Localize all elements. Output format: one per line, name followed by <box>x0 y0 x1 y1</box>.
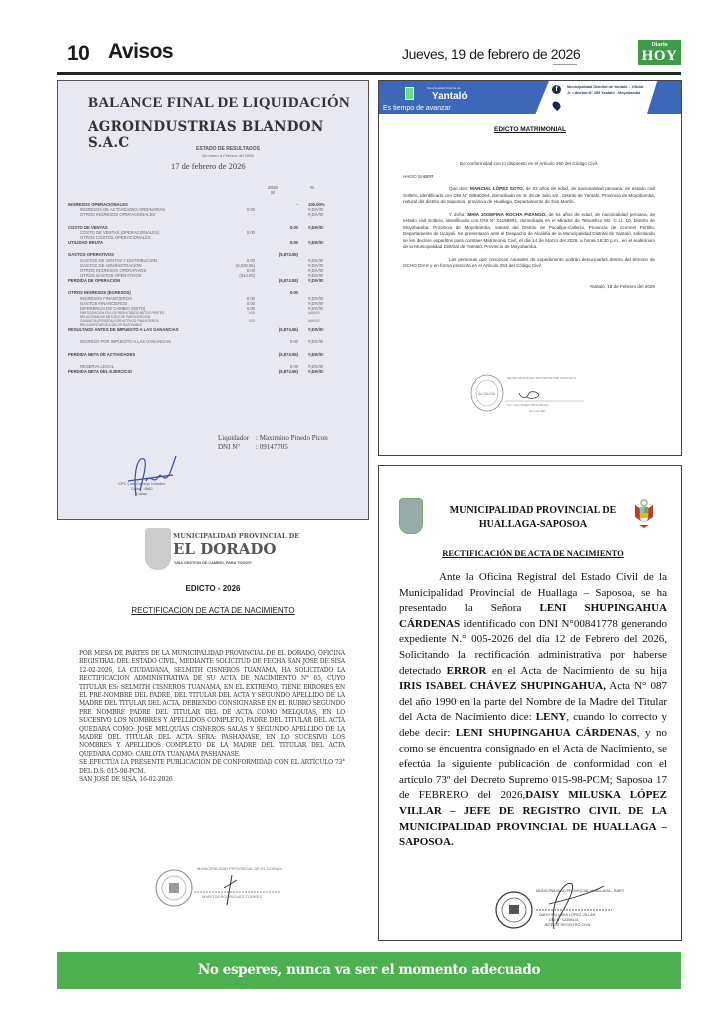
huallaga-mun-name: MUNICIPALIDAD PROVINCIAL DE HUALLAGA-SAP… <box>379 504 681 532</box>
svg-text:ALCALDE: ALCALDE <box>529 409 545 413</box>
yantalo-hago-saber: HAGO SABER <box>403 174 655 181</box>
yantalo-notice: Municipalidad Distrital de Yantaló Es ti… <box>378 80 682 456</box>
huallaga-mun-line2: HUALLAGA-SAPOSOA <box>385 518 681 532</box>
liquidator-value: : Maximino Pinedo Picon <box>256 434 328 442</box>
dni-value: : 09147705 <box>256 443 288 451</box>
yantalo-place-date: Yantaló, 18 de Febrero del 2026 <box>403 284 655 291</box>
dorado-place-date: SAN JOSÉ DE SISA, 16-02-2026 <box>79 776 345 784</box>
huallaga-title: RECTIFICACIÓN DE ACTA DE NACIMIENTO <box>379 548 681 558</box>
yantalo-fb-label: Municipalidad Distrital de Yantaló – Ofi… <box>567 85 649 91</box>
table-row <box>68 357 363 364</box>
yantalo-stamp-icon: ALCALDÍA MUNICIPALIDAD DISTRITAL DE YANT… <box>469 371 589 416</box>
table-row <box>68 345 363 352</box>
balance-subtitle: ESTADO DE RESULTADOS <box>58 146 368 152</box>
yantalo-banner: Municipalidad Distrital de Yantaló Es ti… <box>379 81 681 116</box>
balance-col-year: 2026 S/ <box>268 185 278 195</box>
row-label: PERDIDA NETA DEL EJERCICIO <box>68 369 132 374</box>
yantalo-body: De conformidad con lo dispuesto en el Ar… <box>403 161 655 296</box>
dorado-closing: SE EFECTÚA LA PRESENTE PUBLICACIÓN DE CO… <box>79 759 345 776</box>
footer-slogan-banner: No esperes, nunca va ser el momento adec… <box>57 952 681 989</box>
svg-text:JEFE DE REGISTRO CIVIL: JEFE DE REGISTRO CIVIL <box>544 923 591 927</box>
balance-notice: BALANCE FINAL DE LIQUIDACIÓN AGROINDUSTR… <box>57 80 369 520</box>
huallaga-body: Ante la Oficina Registral del Estado Civ… <box>399 570 667 851</box>
yantalo-title: EDICTO MATRIMONIAL <box>379 126 681 133</box>
section-title: Avisos <box>108 40 173 64</box>
col-currency-label: S/ <box>268 190 278 195</box>
signer-block: CPC Luis Cornejo Infantes Coleg. 4880 Ca… <box>118 481 165 496</box>
publication-date: Jueves, 19 de febrero de 2026 <box>402 46 580 62</box>
row-value: (5,874.55) <box>268 369 298 374</box>
yantalo-name: Yantaló <box>432 91 468 102</box>
dorado-slogan: "UNA GESTION DE CAMBIO, PARA TODOS" <box>173 561 253 565</box>
yantalo-address: Jr. Libertad N° 389 Yantaló - Moyobamba <box>567 91 649 97</box>
dorado-mun-label: MUNICIPALIDAD PROVINCIAL DE <box>173 532 299 540</box>
yantalo-p2: Y doña: MHIA JOSEFINA ROCHA PIZANGO, de … <box>403 212 655 251</box>
el-dorado-crest-icon <box>145 528 171 570</box>
balance-table: INGRESOS OPERACIONALES-100.00%INGRESOS D… <box>68 202 363 374</box>
dorado-mun-name: EL DORADO <box>173 540 276 558</box>
logo-big-text: HOY <box>638 49 681 63</box>
header-rule <box>57 72 681 75</box>
huallaga-stamp-icon: MUNICIPALIDAD PROVINCIAL HUALLAGA - SAPO… <box>494 874 624 934</box>
svg-text:ALCALDÍA: ALCALDÍA <box>478 392 496 396</box>
page-number: 10 <box>67 42 89 66</box>
dorado-notice: MUNICIPALIDAD PROVINCIAL DE EL DORADO "U… <box>57 520 369 945</box>
row-value: #¡DIV/0! <box>308 369 338 374</box>
table-row: PERDIDA NETA DEL EJERCICIO(5,874.55)#¡DI… <box>68 369 363 374</box>
yantalo-contact: Municipalidad Distrital de Yantaló – Ofi… <box>567 85 649 96</box>
dorado-stamp-icon: MUNICIPALIDAD PROVINCIAL DE EL DORADO MA… <box>152 860 282 920</box>
liquidator-block: Liquidador: Maximino Pinedo Picon DNI N°… <box>218 434 328 452</box>
svg-text:Lic. Luis Miguel Bracamonte: Lic. Luis Miguel Bracamonte <box>507 403 549 407</box>
yantalo-intro: De conformidad con lo dispuesto en el Ar… <box>403 161 655 168</box>
yantalo-small-label: Municipalidad Distrital de <box>427 86 460 90</box>
location-pin-icon <box>551 100 562 111</box>
table-row <box>68 218 363 225</box>
huallaga-mun-line1: MUNICIPALIDAD PROVINCIAL DE <box>385 504 681 518</box>
table-row <box>68 332 363 339</box>
date-underline <box>553 64 577 65</box>
dorado-title: RECTIFICACION DE ACTA DE NACIMIENTO <box>57 606 369 615</box>
balance-period: De enero a Febrero del 2026 <box>58 153 368 158</box>
balance-date: 17 de febrero de 2026 <box>171 161 246 171</box>
yantalo-crest-icon <box>405 87 414 100</box>
liquidator-label: Liquidador <box>218 434 256 443</box>
yantalo-slogan: Es tiempo de avanzar <box>383 105 451 112</box>
balance-title: BALANCE FINAL DE LIQUIDACIÓN <box>88 95 350 112</box>
yantalo-p1: Que don: MARCIAL LÓPEZ SOTO, de 63 años … <box>403 186 655 206</box>
svg-text:DAISY MILUSKA LÓPEZ VILLAR: DAISY MILUSKA LÓPEZ VILLAR <box>539 912 596 917</box>
svg-text:MUNICIPALIDAD PROVINCIAL HUALL: MUNICIPALIDAD PROVINCIAL HUALLAGA - SAPO… <box>536 889 624 893</box>
signer-place: Callao <box>118 491 165 496</box>
huallaga-notice: MUNICIPALIDAD PROVINCIAL DE HUALLAGA-SAP… <box>378 465 682 941</box>
svg-text:MUNICIPALIDAD PROVINCIAL DE EL: MUNICIPALIDAD PROVINCIAL DE EL DORADO <box>197 866 282 871</box>
svg-text:MARITZA RODRIGUEZ TORRES: MARITZA RODRIGUEZ TORRES <box>202 894 262 899</box>
yantalo-p3: Las personas que conozcan causales de im… <box>403 257 655 270</box>
balance-col-pct: % <box>310 185 314 190</box>
facebook-icon: f <box>552 85 561 94</box>
table-row <box>68 283 363 290</box>
dorado-body: POR MESA DE PARTES DE LA MUNICIPALIDAD P… <box>79 650 345 785</box>
svg-text:DNI N° 42308141: DNI N° 42308141 <box>549 918 579 922</box>
svg-text:MUNICIPALIDAD DISTRITAL DE YAN: MUNICIPALIDAD DISTRITAL DE YANTALÓ <box>507 375 576 380</box>
table-row <box>68 245 363 252</box>
dorado-edicto: EDICTO - 2026 <box>57 584 369 593</box>
dni-label: DNI N° <box>218 443 256 452</box>
diario-hoy-logo: Diario HOY <box>638 40 681 65</box>
dorado-body-text: POR MESA DE PARTES DE LA MUNICIPALIDAD P… <box>79 650 345 759</box>
